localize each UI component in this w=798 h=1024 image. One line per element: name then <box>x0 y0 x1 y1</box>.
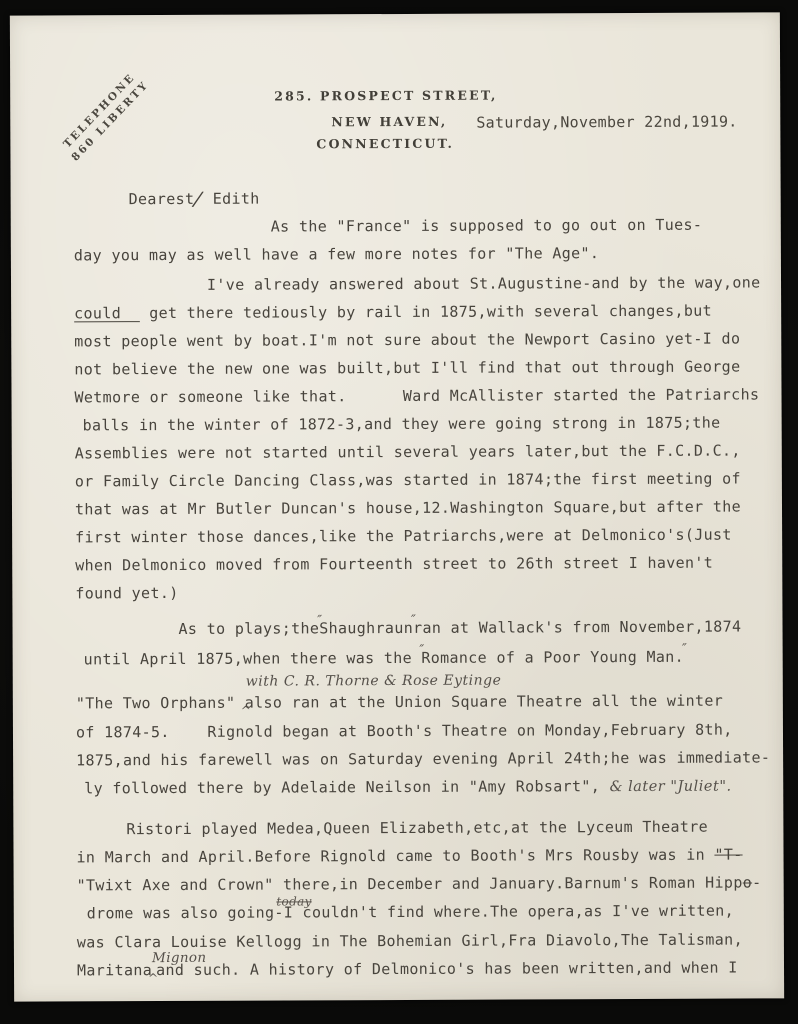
letter-line: As to plays;the″Shaughraun″ran at Wallac… <box>75 612 787 645</box>
letterhead-city: NEW HAVEN, <box>331 114 447 130</box>
typed-text: Dearest <box>129 190 195 208</box>
letter-line: or Family Circle Dancing Class,was start… <box>75 464 787 495</box>
handwritten-annotation: Mignon <box>152 944 156 972</box>
letter-line: Ristori played Medea,Queen Elizabeth,etc… <box>76 812 788 843</box>
letterhead-telephone: TELEPHONE 860 LIBERTY <box>50 59 162 174</box>
telephone-label: TELEPHONE <box>50 59 151 163</box>
typed-text: that was at Mr Butler Duncan's house,12.… <box>75 497 741 518</box>
typed-text: As to plays;the <box>178 619 319 638</box>
letter-line: not believe the new one was built,but I'… <box>74 352 786 383</box>
letter-line: in March and April.Before Rignold came t… <box>76 840 788 871</box>
handwritten-annotation: & later "Juliet". <box>610 779 732 796</box>
typed-text: "The Two Orphans" <box>76 694 245 713</box>
letter-line: I've already answered about St.Augustine… <box>74 268 786 299</box>
letter-line: drome was also goingtoday-I couldn't fin… <box>77 896 789 928</box>
typed-text: first winter those dances,like the Patri… <box>75 526 732 547</box>
typed-text: and such. A history of Delmonico's has b… <box>156 959 738 980</box>
typed-text: - <box>752 873 761 891</box>
letter-date: Saturday,November 22nd,1919. <box>476 113 737 132</box>
letter-line: found yet.) <box>75 576 787 607</box>
letter-line: day you may as well have a few more note… <box>74 238 786 269</box>
letter-line: As the "France" is supposed to go out on… <box>74 210 786 241</box>
letter-line: of 1874-5. Rignold began at Booth's Thea… <box>76 715 788 746</box>
typed-text: Ristori played Medea,Queen Elizabeth,etc… <box>126 818 708 839</box>
typed-text: ly followed there by Adelaide Neilson in… <box>84 777 609 797</box>
typed-text: "Twixt Axe and Crown" there,in December … <box>77 873 743 894</box>
typed-text: of 1874-5. Rignold began at Booth's Thea… <box>76 721 733 742</box>
letter-line: Assemblies were not started until severa… <box>75 436 787 467</box>
typed-text: get there tediously by rail in 1875,with… <box>140 302 712 322</box>
letter-line: "The Two Orphans" ^also ran at the Union… <box>76 686 788 718</box>
letter-line: ly followed there by Adelaide Neilson in… <box>76 771 788 803</box>
typed-text: or Family Circle Dancing Class,was start… <box>75 469 741 490</box>
typed-text: -I couldn't find where.The opera,as I've… <box>274 902 734 922</box>
typed-text: drome was also going <box>87 904 275 923</box>
typed-text: in March and April.Before Rignold came t… <box>76 846 714 867</box>
typed-text: Assemblies were not started until severa… <box>75 441 741 462</box>
typed-text: found yet.) <box>75 584 178 602</box>
letter-line: "Twixt Axe and Crown" there,in December … <box>77 868 789 899</box>
letter-line: 1875,and his farewell was on Saturday ev… <box>76 743 788 774</box>
letter-line: that was at Mr Butler Duncan's house,12.… <box>75 492 787 523</box>
typed-text: until April 1875,when there was the <box>84 649 422 668</box>
letter-line: until April 1875,when there was the ″Rom… <box>76 642 788 675</box>
letter-line: balls in the winter of 1872-3,and they w… <box>75 408 787 439</box>
letterhead-address: 285. PROSPECT STREET, <box>274 88 497 104</box>
typed-text: Edith <box>203 190 259 208</box>
typed-text: when Delmonico moved from Fourteenth str… <box>75 554 713 575</box>
typed-text: also ran at the Union Square Theatre all… <box>245 692 723 712</box>
typed-text: most people went by boat.I'm not sure ab… <box>74 330 740 351</box>
typed-text: balls in the winter of 1872-3,and they w… <box>83 414 721 435</box>
typed-text: Shaughraun <box>319 619 413 637</box>
letter-line: Dearest/ Edith <box>74 180 786 213</box>
typed-text: 1875,and his farewell was on Saturday ev… <box>76 748 770 769</box>
struck-out-text: "T- <box>714 845 742 863</box>
typed-text: Wetmore or someone like that. Ward McAll… <box>74 385 759 406</box>
handwritten-slash: / <box>192 184 205 213</box>
letter-line: most people went by boat.I'm not sure ab… <box>74 324 786 355</box>
letter-line: when Delmonico moved from Fourteenth str… <box>75 548 787 579</box>
typed-text: ran at Wallack's from November,1874 <box>413 617 741 636</box>
letter-line: Wetmore or someone like that. Ward McAll… <box>74 380 786 411</box>
typed-text: was Clara Louise Kellogg in The Bohemian… <box>77 930 743 951</box>
underlined-word: could <box>74 304 140 322</box>
letter-line: could get there tediously by rail in 187… <box>74 296 786 327</box>
letterhead-state: CONNECTICUT. <box>316 136 454 152</box>
typed-text: I've already answered about St.Augustine… <box>207 273 761 293</box>
typed-text: Romance of a Poor Young Man. <box>421 648 684 667</box>
letter-line: Maritana^Mignonand such. A history of De… <box>77 953 789 985</box>
typed-text: not believe the new one was built,but I'… <box>74 358 740 379</box>
typed-text: Maritana <box>77 961 152 979</box>
letter-body: Dearest/ EdithAs the "France" is suppose… <box>74 180 789 985</box>
letter-paper: TELEPHONE 860 LIBERTY 285. PROSPECT STRE… <box>10 12 784 1001</box>
typed-text: As the "France" is supposed to go out on… <box>271 216 703 236</box>
letter-line: first winter those dances,like the Patri… <box>75 520 787 551</box>
typed-text: day you may as well have a few more note… <box>74 244 599 264</box>
telephone-number: 860 LIBERTY <box>60 69 161 173</box>
